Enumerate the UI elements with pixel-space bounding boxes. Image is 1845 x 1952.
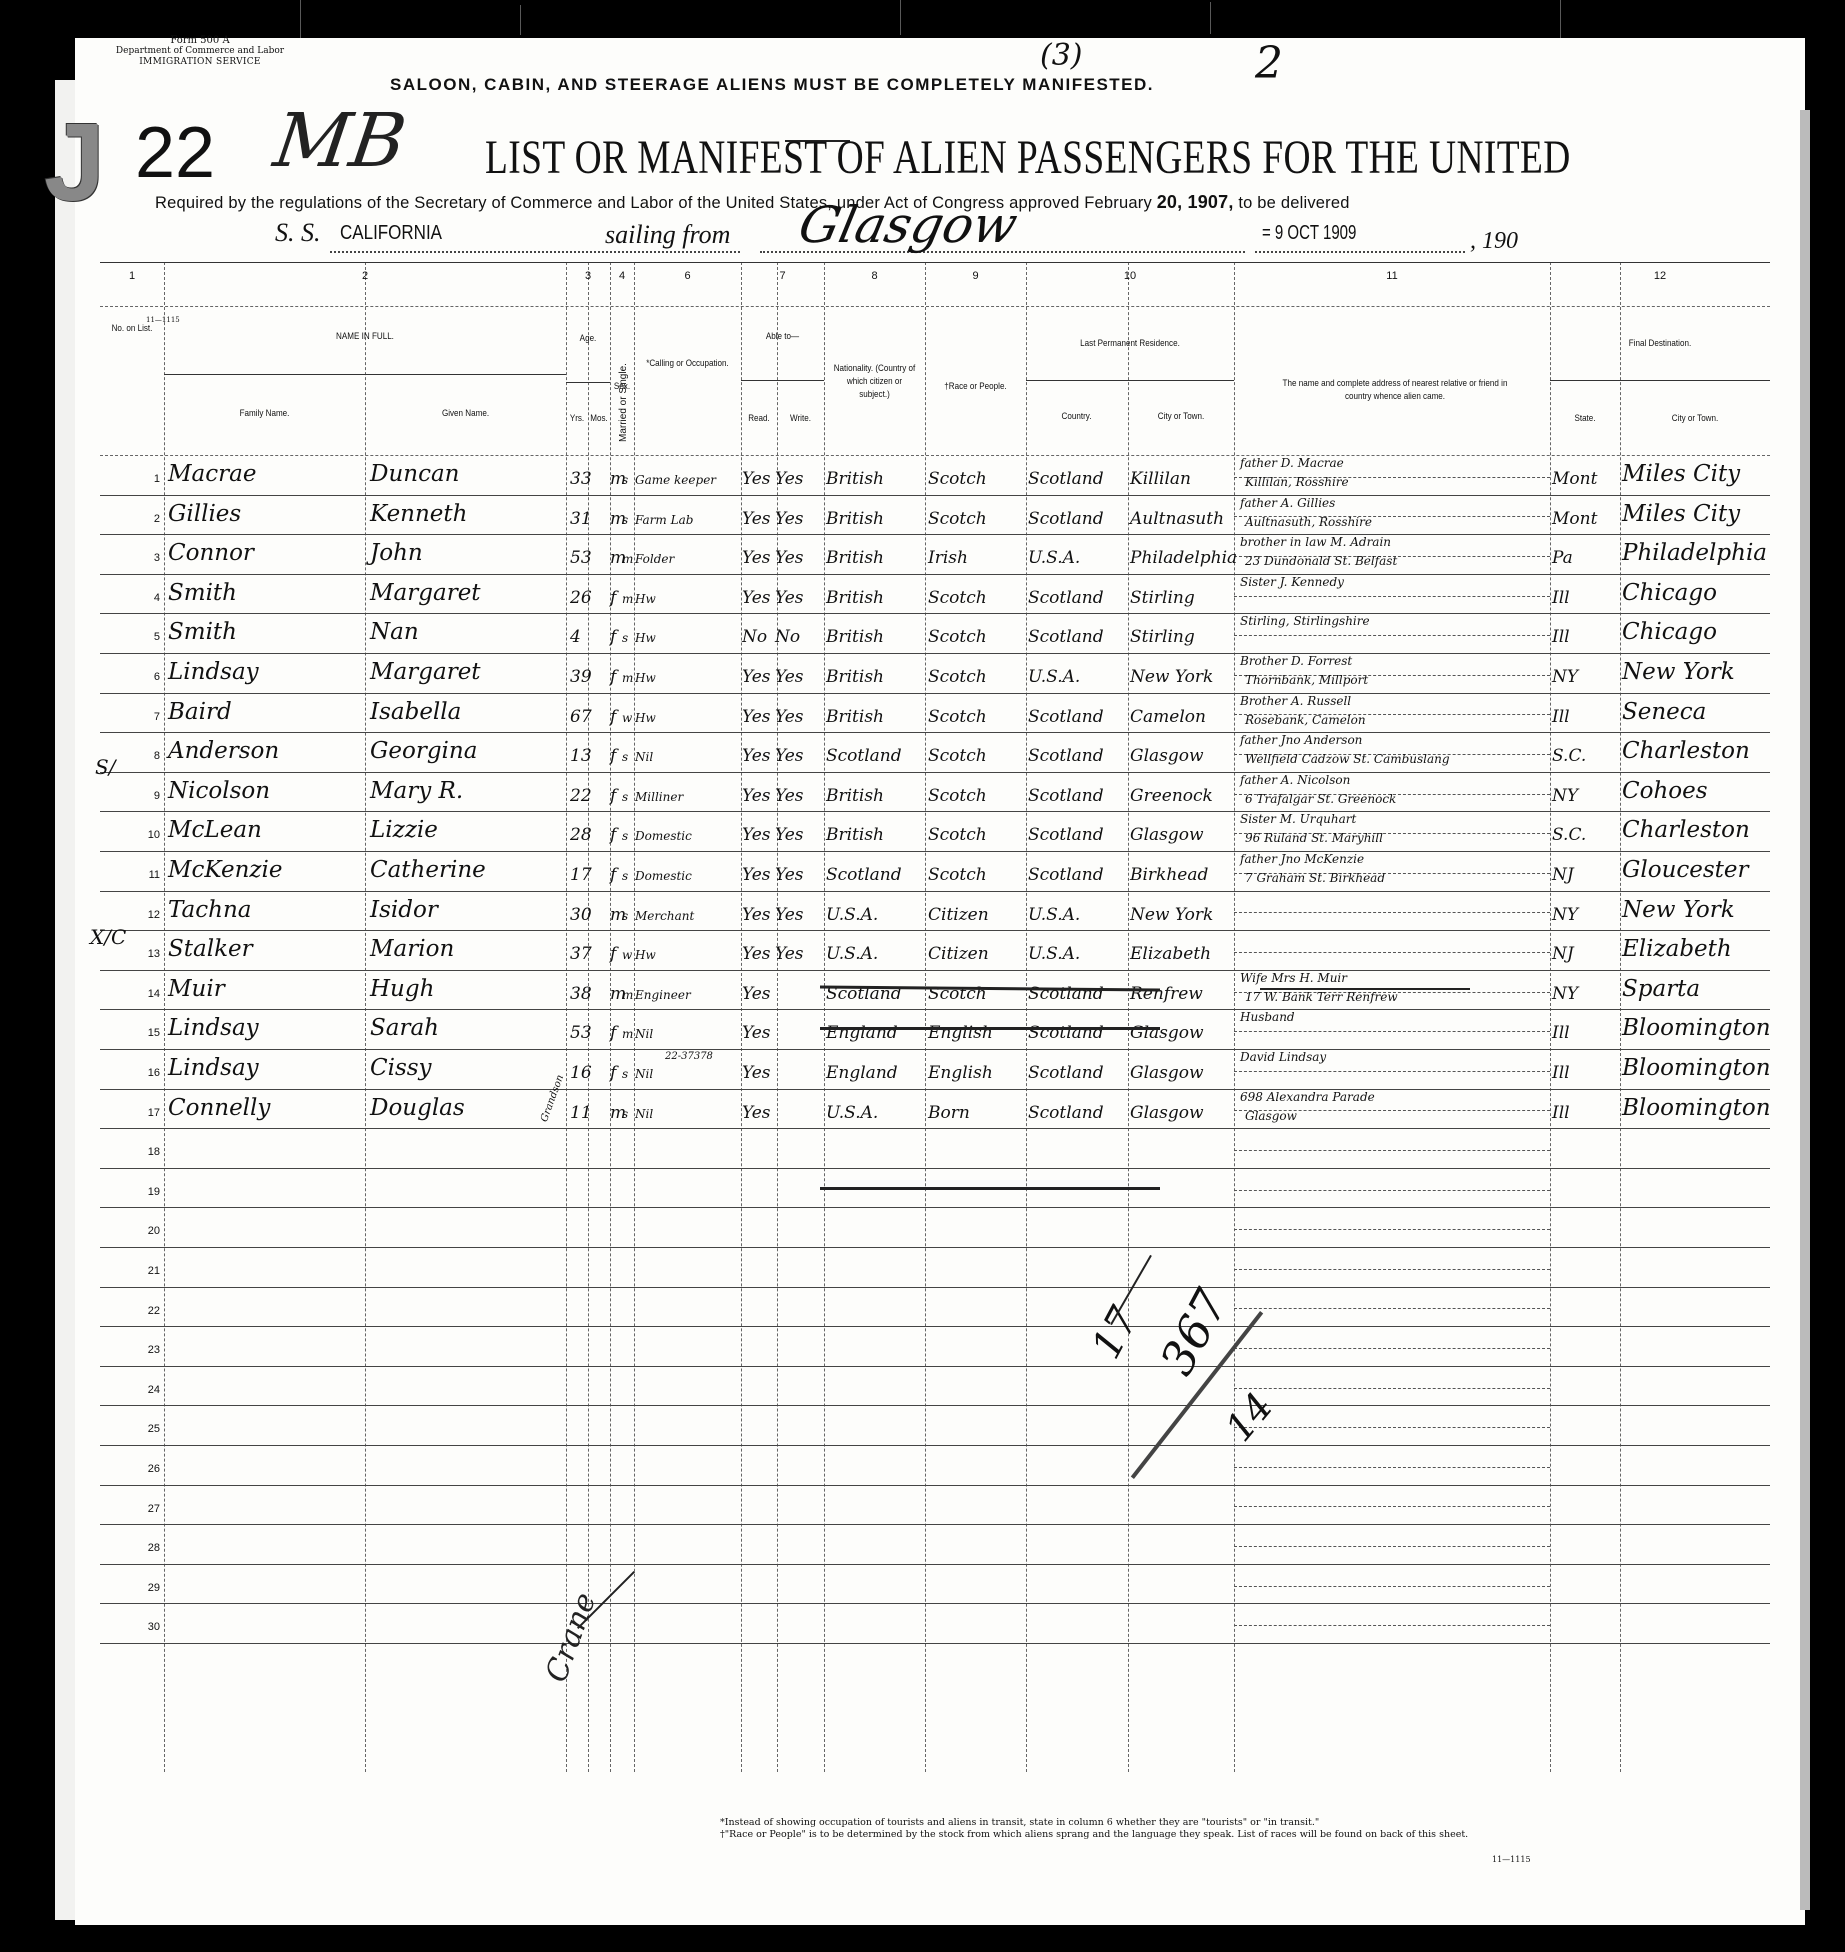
given-name: John <box>370 540 423 566</box>
relative-name: Sister J. Kennedy <box>1240 575 1344 589</box>
row-number: 26 <box>130 1463 160 1475</box>
header-age: Age. <box>569 332 606 345</box>
relative-dotted-rule <box>1234 1308 1550 1309</box>
row-rule <box>100 732 1770 733</box>
can-read: Yes <box>742 1023 771 1043</box>
relative-dotted-rule <box>1234 1506 1550 1507</box>
nationality: British <box>826 786 884 806</box>
row-rule <box>100 930 1770 931</box>
occupation: Hw <box>635 631 656 645</box>
race: Scotch <box>928 825 987 845</box>
marital-status: s <box>622 869 628 883</box>
col-num-9: 9 <box>925 270 1026 282</box>
given-name: Isabella <box>370 699 461 725</box>
can-write: Yes <box>775 746 804 766</box>
header-family-name: Family Name. <box>179 407 350 420</box>
occupation: Farm Lab <box>635 513 693 527</box>
residence-country: Scotland <box>1028 1103 1104 1123</box>
row-number: 13 <box>130 948 160 960</box>
destination-city: Chicago <box>1622 580 1717 606</box>
marital-status: w <box>622 711 632 725</box>
row-rule <box>100 1009 1770 1010</box>
relative-name: Brother D. Forrest <box>1240 654 1352 668</box>
age: 33 <box>570 469 592 489</box>
row-number: 9 <box>130 790 160 802</box>
can-read: Yes <box>742 1103 771 1123</box>
family-name: McKenzie <box>168 857 283 883</box>
header-able-to: Able to— <box>747 330 818 343</box>
header-destination-city: City or Town. <box>1631 412 1759 425</box>
residence-city: Stirling <box>1130 588 1195 608</box>
row-number: 28 <box>130 1542 160 1554</box>
family-name: Stalker <box>168 936 253 962</box>
residence-country: Scotland <box>1028 707 1104 727</box>
margin-note-row-6: S/ <box>95 755 115 779</box>
header-write: Write. <box>781 412 821 425</box>
header-final-destination: Final Destination. <box>1567 337 1754 350</box>
header-mos: Mos. <box>590 412 609 425</box>
destination-state: Ill <box>1552 1023 1570 1043</box>
destination-city: Elizabeth <box>1622 936 1732 962</box>
header-country: Country. <box>1034 410 1120 423</box>
nationality: British <box>826 469 884 489</box>
can-read: Yes <box>742 509 771 529</box>
row-rule <box>100 891 1770 892</box>
row-rule <box>100 1603 1770 1604</box>
col-num-8: 8 <box>824 270 925 282</box>
relative-name: David Lindsay <box>1240 1050 1326 1064</box>
relative-address: 7 Graham St. Birkhead <box>1245 871 1385 885</box>
row-number: 27 <box>130 1503 160 1515</box>
ship-name-line <box>330 250 740 253</box>
race: Citizen <box>928 944 989 964</box>
age: 53 <box>570 1023 592 1043</box>
col-num-6: 6 <box>634 270 741 282</box>
family-name: Anderson <box>168 738 279 764</box>
relative-address: Glasgow <box>1245 1109 1297 1123</box>
row-number: 20 <box>130 1225 160 1237</box>
residence-city: Stirling <box>1130 627 1195 647</box>
race: Scotch <box>928 627 987 647</box>
can-read: Yes <box>742 746 771 766</box>
residence-country: U.S.A. <box>1028 944 1080 964</box>
service-name: IMMIGRATION SERVICE <box>115 57 285 68</box>
can-read: Yes <box>742 667 771 687</box>
row-rule <box>100 1168 1770 1169</box>
row-rule <box>100 1564 1770 1565</box>
occupation: Nil <box>635 1107 653 1121</box>
col-num-12: 12 <box>1550 270 1770 282</box>
page-title: LIST OR MANIFEST OF ALIEN PASSENGERS FOR… <box>485 130 1571 185</box>
nationality: U.S.A. <box>826 905 878 925</box>
residence-city: Renfrew <box>1130 984 1203 1004</box>
residence-country: Scotland <box>1028 469 1104 489</box>
relative-dotted-rule <box>1234 1269 1550 1270</box>
destination-state: Mont <box>1552 469 1597 489</box>
relative-name: father A. Gillies <box>1240 496 1335 510</box>
residence-country: U.S.A. <box>1028 667 1080 687</box>
can-write: Yes <box>775 509 804 529</box>
residence-city: New York <box>1130 905 1213 925</box>
residence-city: Glasgow <box>1130 825 1204 845</box>
marital-status: w <box>622 948 632 962</box>
given-name: Mary R. <box>370 778 463 804</box>
residence-country: Scotland <box>1028 746 1104 766</box>
handwritten-initials: MB <box>269 98 411 184</box>
age: 17 <box>570 865 592 885</box>
relative-address: 23 Dundonald St. Belfast <box>1245 554 1397 568</box>
age: 13 <box>570 746 592 766</box>
can-read: Yes <box>742 825 771 845</box>
can-read: Yes <box>742 944 771 964</box>
occupation: Merchant <box>635 909 694 923</box>
nationality: British <box>826 588 884 608</box>
family-name: Baird <box>168 699 232 725</box>
marital-status: m <box>622 552 633 566</box>
sex: f <box>610 667 616 687</box>
sex: f <box>610 627 616 647</box>
age: 16 <box>570 1063 592 1083</box>
destination-state: NY <box>1552 984 1578 1004</box>
header-calling-occupation: *Calling or Occupation. <box>642 357 733 370</box>
nationality: British <box>826 509 884 529</box>
marital-status: s <box>622 1107 628 1121</box>
destination-state: NJ <box>1552 865 1574 885</box>
row-rule <box>100 693 1770 694</box>
residence-city: Elizabeth <box>1130 944 1211 964</box>
marital-status: m <box>622 671 633 685</box>
residence-city: Birkhead <box>1130 865 1208 885</box>
header-nationality: Nationality. (Country of which citizen o… <box>832 362 918 401</box>
can-read: Yes <box>742 548 771 568</box>
can-write: Yes <box>775 469 804 489</box>
relative-dotted-rule <box>1234 1546 1550 1547</box>
row-number: 22 <box>130 1305 160 1317</box>
header-state: State. <box>1555 412 1615 425</box>
row-number: 25 <box>130 1423 160 1435</box>
row-number: 18 <box>130 1146 160 1158</box>
race: Scotch <box>928 667 987 687</box>
residence-city: Camelon <box>1130 707 1206 727</box>
destination-state: S.C. <box>1552 825 1586 845</box>
marital-status: s <box>622 790 628 804</box>
header-married-single: Married or Single. <box>618 363 629 442</box>
can-write: Yes <box>775 667 804 687</box>
race: Scotch <box>928 588 987 608</box>
residence-country: Scotland <box>1028 627 1104 647</box>
page-mark-number: 2 <box>1255 38 1283 89</box>
row-number: 8 <box>130 750 160 762</box>
row-rule <box>100 811 1770 812</box>
age: 38 <box>570 984 592 1004</box>
destination-state: Mont <box>1552 509 1597 529</box>
manifest-warning: SALOON, CABIN, AND STEERAGE ALIENS MUST … <box>390 75 1154 95</box>
occupation: Hw <box>635 592 656 606</box>
age: 4 <box>570 627 581 647</box>
nationality: Scotland <box>826 865 902 885</box>
relative-name: father Jno McKenzie <box>1240 852 1364 866</box>
footnote-occupation: *Instead of showing occupation of touris… <box>720 1817 1468 1829</box>
relative-name: brother in law M. Adrain <box>1240 535 1391 549</box>
row-rule <box>100 1207 1770 1208</box>
relative-name: father A. Nicolson <box>1240 773 1350 787</box>
row-number: 17 <box>130 1107 160 1119</box>
nationality: U.S.A. <box>826 1103 878 1123</box>
relative-address: Aultnasuth, Rosshire <box>1245 515 1372 529</box>
row-rule <box>100 1287 1770 1288</box>
given-name: Margaret <box>370 659 481 685</box>
family-name: Lindsay <box>168 659 259 685</box>
nationality: British <box>826 825 884 845</box>
year-suffix: , 190 <box>1470 228 1518 255</box>
race: Scotch <box>928 786 987 806</box>
can-write: Yes <box>775 707 804 727</box>
given-name: Isidor <box>370 897 438 923</box>
relative-dash-row-12 <box>1260 988 1470 990</box>
header-city: City or Town. <box>1136 410 1226 423</box>
can-write: Yes <box>775 548 804 568</box>
destination-city: Bloomington <box>1622 1095 1771 1121</box>
given-name: Kenneth <box>370 501 467 527</box>
family-name: Macrae <box>168 461 256 487</box>
age: 30 <box>570 905 592 925</box>
can-read: Yes <box>742 1063 771 1083</box>
marital-status: m <box>622 988 633 1002</box>
relative-name: Stirling, Stirlingshire <box>1240 614 1370 628</box>
header-race: †Race or People. <box>933 380 1019 393</box>
destination-city: Charleston <box>1622 738 1750 764</box>
can-write: Yes <box>775 944 804 964</box>
destination-state: Ill <box>1552 707 1570 727</box>
nationality: British <box>826 707 884 727</box>
occupation: Hw <box>635 948 656 962</box>
row-number: 11 <box>130 869 160 881</box>
race: Scotch <box>928 707 987 727</box>
relative-address: 6 Trafalgar St. Greenock <box>1245 792 1396 806</box>
sheet-right-edge <box>1800 110 1810 1910</box>
occupation: Nil <box>635 1067 653 1081</box>
residence-city: Greenock <box>1130 786 1213 806</box>
departure-port: Glasgow <box>794 196 1023 254</box>
residence-city: Aultnasuth <box>1130 509 1224 529</box>
age: 11 <box>570 1103 592 1123</box>
bottom-form-code: 11—1115 <box>1492 1855 1531 1864</box>
sailing-from-label: sailing from <box>605 220 730 250</box>
nationality: British <box>826 548 884 568</box>
can-read: Yes <box>742 469 771 489</box>
family-name: McLean <box>168 817 262 843</box>
strike-row-13 <box>820 1027 1160 1030</box>
row-rule <box>100 1089 1770 1090</box>
given-name: Hugh <box>370 976 434 1002</box>
family-name: Gillies <box>168 501 241 527</box>
relative-address: Killilan, Rosshire <box>1245 475 1349 489</box>
occupation: Domestic <box>635 869 692 883</box>
destination-state: Ill <box>1552 1103 1570 1123</box>
marital-status: s <box>622 631 628 645</box>
marital-status: m <box>622 1027 633 1041</box>
row-rule <box>100 1326 1770 1327</box>
residence-country: Scotland <box>1028 509 1104 529</box>
can-write: Yes <box>775 865 804 885</box>
strike-row-17 <box>820 1187 1160 1190</box>
row-rule <box>100 613 1770 614</box>
row-rule <box>100 1366 1770 1367</box>
destination-state: NJ <box>1552 944 1574 964</box>
can-write: No <box>775 627 800 647</box>
marital-status: s <box>622 829 628 843</box>
can-read: Yes <box>742 786 771 806</box>
row-note: 22-37378 <box>665 1051 713 1062</box>
given-name: Margaret <box>370 580 481 606</box>
relative-dotted-rule <box>1234 1467 1550 1468</box>
destination-state: NY <box>1552 905 1578 925</box>
family-name: Nicolson <box>168 778 270 804</box>
age: 67 <box>570 707 592 727</box>
col-num-11: 11 <box>1234 270 1550 282</box>
can-write: Yes <box>775 905 804 925</box>
sailing-date-stamp: = 9 OCT 1909 <box>1262 222 1356 245</box>
race: Born <box>928 1103 970 1123</box>
can-read: Yes <box>742 865 771 885</box>
margin-note-row-10: X/C <box>90 925 126 949</box>
date-line <box>1255 250 1465 253</box>
row-rule <box>100 1524 1770 1525</box>
destination-city: Bloomington <box>1622 1015 1771 1041</box>
destination-city: Cohoes <box>1622 778 1708 804</box>
can-read: No <box>742 627 767 647</box>
row-number: 1 <box>130 473 160 485</box>
col-num-7: 7 <box>741 270 824 282</box>
residence-city: New York <box>1130 667 1213 687</box>
race: Scotch <box>928 865 987 885</box>
header-yrs: Yrs. <box>568 412 587 425</box>
relative-dotted-rule <box>1234 952 1550 953</box>
family-name: Muir <box>168 976 225 1002</box>
residence-country: U.S.A. <box>1028 905 1080 925</box>
residence-city: Killilan <box>1130 469 1191 489</box>
form-number: Form 500 A <box>115 35 285 46</box>
col-num-10: 10 <box>1026 270 1234 282</box>
given-name: Marion <box>370 936 454 962</box>
residence-country: Scotland <box>1028 588 1104 608</box>
row-number: 6 <box>130 671 160 683</box>
relative-dotted-rule <box>1234 1190 1550 1191</box>
relative-dotted-rule <box>1234 1348 1550 1349</box>
age: 22 <box>570 786 592 806</box>
given-name: Sarah <box>370 1015 439 1041</box>
destination-state: Ill <box>1552 627 1570 647</box>
can-read: Yes <box>742 984 771 1004</box>
row-number: 4 <box>130 592 160 604</box>
destination-state: NY <box>1552 786 1578 806</box>
relative-dotted-rule <box>1234 912 1550 913</box>
destination-city: New York <box>1622 659 1735 685</box>
form-identifier: Form 500 A Department of Commerce and La… <box>115 35 285 68</box>
relative-address: 17 W. Bank Terr Renfrew <box>1245 990 1398 1004</box>
given-name: Lizzie <box>370 817 438 843</box>
row-rule <box>100 851 1770 852</box>
family-name: Lindsay <box>168 1055 259 1081</box>
row-rule <box>100 1247 1770 1248</box>
relative-dotted-rule <box>1234 1150 1550 1151</box>
row-number: 15 <box>130 1027 160 1039</box>
row-rule <box>100 574 1770 575</box>
header-read: Read. <box>744 412 775 425</box>
race: Scotch <box>928 469 987 489</box>
relative-dotted-rule <box>1234 1427 1550 1428</box>
family-name: Connor <box>168 540 254 566</box>
footnote-race: †"Race or People" is to be determined by… <box>720 1829 1468 1841</box>
age: 31 <box>570 509 592 529</box>
residence-country: Scotland <box>1028 786 1104 806</box>
occupation: Milliner <box>635 790 683 804</box>
col-num-1: 1 <box>100 270 164 282</box>
destination-state: Ill <box>1552 588 1570 608</box>
nationality: Scotland <box>826 746 902 766</box>
sex: f <box>610 786 616 806</box>
can-write: Yes <box>775 588 804 608</box>
family-name: Smith <box>168 580 237 606</box>
row-number: 29 <box>130 1582 160 1594</box>
sex: f <box>610 865 616 885</box>
page-subtitle: Required by the regulations of the Secre… <box>155 192 1350 213</box>
family-name: Tachna <box>168 897 252 923</box>
marital-status: s <box>622 909 628 923</box>
sex: f <box>610 1063 616 1083</box>
can-write: Yes <box>775 825 804 845</box>
destination-city: Gloucester <box>1622 857 1749 883</box>
row-number: 14 <box>130 988 160 1000</box>
residence-city: Glasgow <box>1130 1103 1204 1123</box>
given-name: Georgina <box>370 738 477 764</box>
relative-name: 698 Alexandra Parade <box>1240 1090 1375 1104</box>
relative-address: Rosebank, Camelon <box>1245 713 1366 727</box>
occupation: Domestic <box>635 829 692 843</box>
row-number: 12 <box>130 909 160 921</box>
given-name: Cissy <box>370 1055 432 1081</box>
occupation: Hw <box>635 671 656 685</box>
col-num-4: 4 <box>610 270 634 282</box>
row-number: 16 <box>130 1067 160 1079</box>
age: 26 <box>570 588 592 608</box>
row-number: 24 <box>130 1384 160 1396</box>
destination-city: Miles City <box>1622 461 1740 487</box>
row-rule <box>100 1405 1770 1406</box>
race: English <box>928 1063 993 1083</box>
marital-status: m <box>622 592 633 606</box>
occupation: Nil <box>635 1027 653 1041</box>
age: 53 <box>570 548 592 568</box>
row-rule <box>100 772 1770 773</box>
destination-city: New York <box>1622 897 1735 923</box>
row-rule <box>100 1445 1770 1446</box>
sex: f <box>610 825 616 845</box>
row-number: 21 <box>130 1265 160 1277</box>
row-rule <box>100 1643 1770 1644</box>
residence-country: U.S.A. <box>1028 548 1080 568</box>
destination-city: Sparta <box>1622 976 1700 1002</box>
relative-name: father D. Macrae <box>1240 456 1344 470</box>
col-num-2: 2 <box>164 270 566 282</box>
sex: f <box>610 1023 616 1043</box>
destination-state: NY <box>1552 667 1578 687</box>
row-rule <box>100 534 1770 535</box>
family-name: Lindsay <box>168 1015 259 1041</box>
relative-dotted-rule <box>1234 1388 1550 1389</box>
header-no-on-list: No. on List. <box>105 322 159 335</box>
relative-name: Wife Mrs H. Muir <box>1240 971 1347 985</box>
